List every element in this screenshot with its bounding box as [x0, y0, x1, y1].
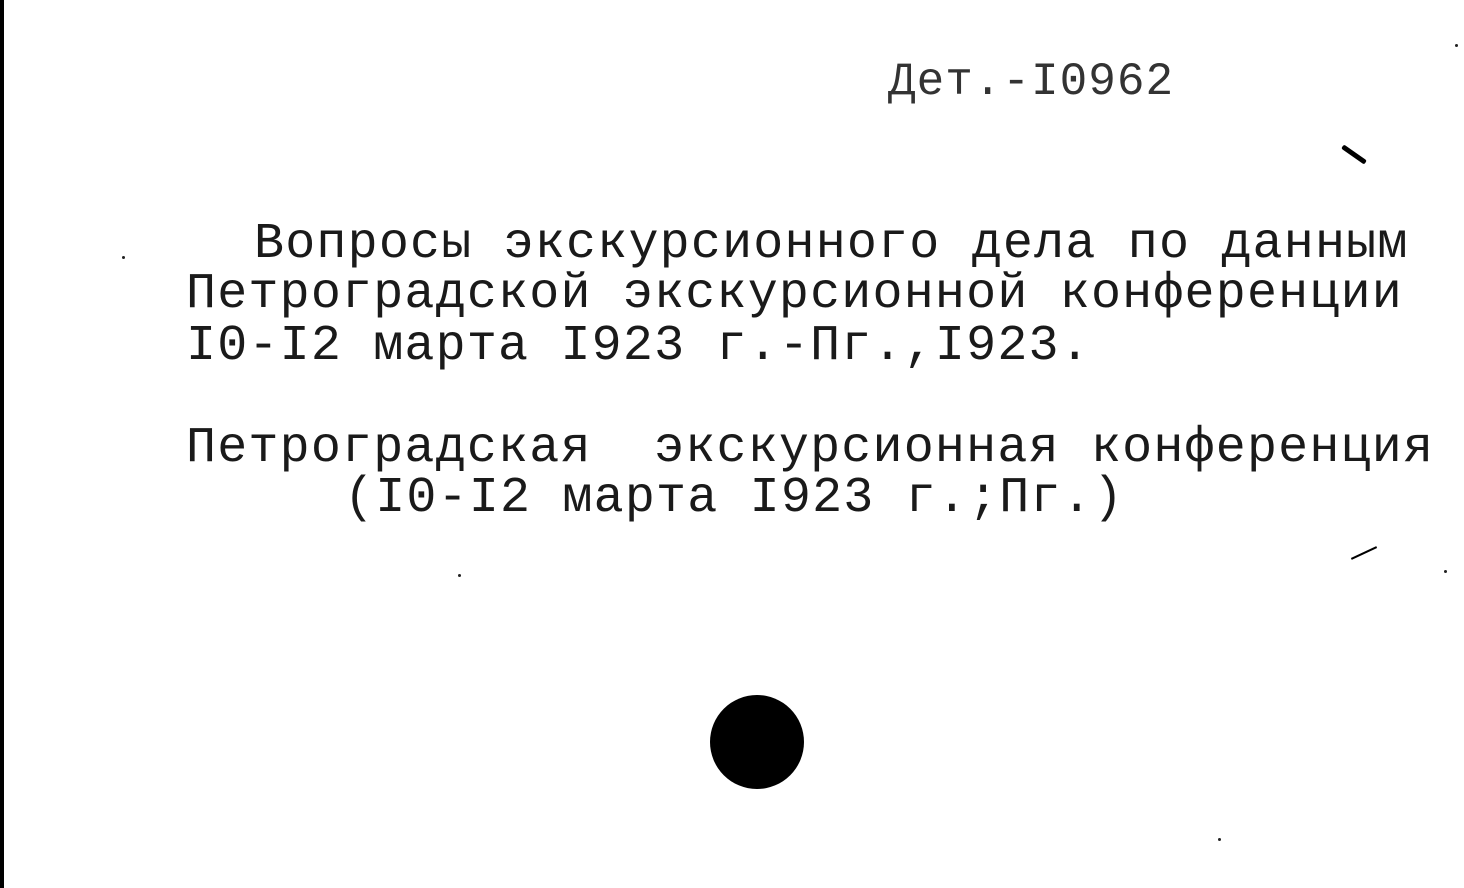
ink-mark	[1341, 144, 1367, 164]
speck	[1455, 44, 1458, 47]
title-line-3: I0-I2 марта I923 г.-Пг.,I923.	[186, 318, 1091, 375]
subject-line-2: (I0-I2 марта I923 г.;Пг.)	[344, 470, 1124, 527]
ink-mark	[1351, 546, 1377, 560]
card-left-edge	[0, 0, 4, 888]
title-line-2: Петроградской экскурсионной конференции	[186, 266, 1403, 323]
shelfmark: Дет.-I0962	[888, 56, 1174, 108]
speck	[458, 574, 461, 577]
punch-hole	[710, 695, 804, 789]
speck	[1218, 838, 1221, 841]
speck	[122, 256, 125, 259]
subject-line-1: Петроградская экскурсионная конференция	[186, 420, 1434, 477]
speck	[1444, 570, 1447, 573]
title-line-1: Вопросы экскурсионного дела по данным	[254, 216, 1409, 273]
